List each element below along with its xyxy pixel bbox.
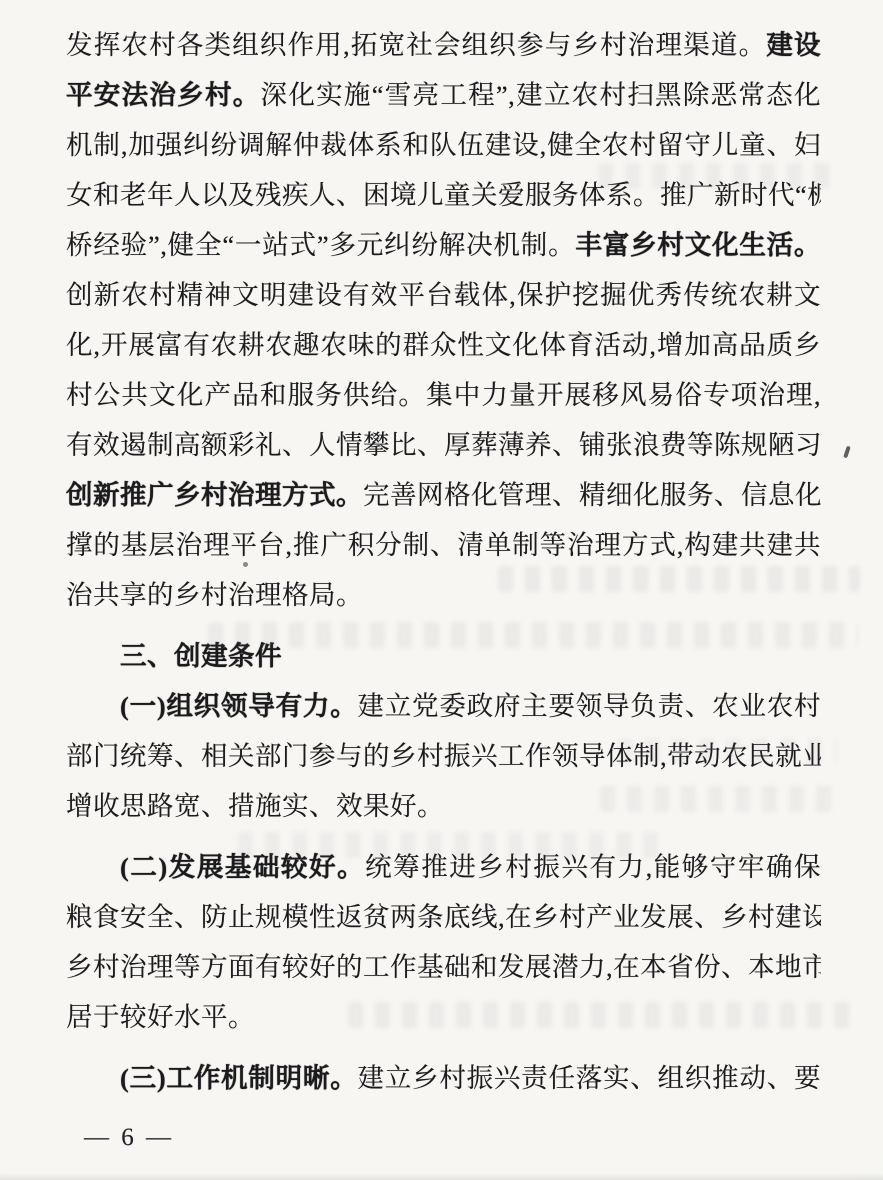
text-line: 发挥农村各类组织作用,拓宽社会组织参与乡村治理渠道。建设 [66, 20, 821, 70]
text-line: 村公共文化产品和服务供给。集中力量开展移风易俗专项治理, [66, 370, 821, 420]
body-text: 女和老年人以及残疾人、困境儿童关爱服务体系。推广新时代“枫 [66, 180, 821, 210]
document-body: 发挥农村各类组织作用,拓宽社会组织参与乡村治理渠道。建设平安法治乡村。深化实施“… [66, 20, 821, 1103]
emphasis-text: 创新推广乡村治理方式。 [66, 480, 363, 510]
body-text: 创新农村精神文明建设有效平台载体,保护挖掘优秀传统农耕文 [66, 280, 821, 310]
text-line: 粮食安全、防止规模性返贫两条底线,在乡村产业发展、乡村建设、 [66, 892, 821, 942]
text-line: 平安法治乡村。深化实施“雪亮工程”,建立农村扫黑除恶常态化 [66, 70, 821, 120]
document-page: 发挥农村各类组织作用,拓宽社会组织参与乡村治理渠道。建设平安法治乡村。深化实施“… [0, 0, 883, 1180]
body-text: 有效遏制高额彩礼、人情攀比、厚葬薄养、铺张浪费等陈规陋习。 [66, 430, 821, 460]
body-text: 粮食安全、防止规模性返贫两条底线,在乡村产业发展、乡村建设、 [66, 902, 821, 932]
text-line: 创新农村精神文明建设有效平台载体,保护挖掘优秀传统农耕文 [66, 270, 821, 320]
emphasis-text: (三)工作机制明晰。 [120, 1063, 357, 1093]
ink-speck [843, 446, 851, 459]
text-line: 治共享的乡村治理格局。 [66, 570, 821, 620]
text-line: 女和老年人以及残疾人、困境儿童关爱服务体系。推广新时代“枫 [66, 170, 821, 220]
text-line: 机制,加强纠纷调解仲裁体系和队伍建设,健全农村留守儿童、妇 [66, 120, 821, 170]
emphasis-text: 三、创建条件 [120, 641, 282, 671]
emphasis-text: 丰富乡村文化生活。 [575, 230, 821, 260]
body-text: 村公共文化产品和服务供给。集中力量开展移风易俗专项治理, [66, 380, 821, 410]
body-text: 桥经验”,健全“一站式”多元纠纷解决机制。 [66, 230, 575, 260]
text-line: 三、创建条件 [66, 631, 821, 681]
body-text: 建立乡村振兴责任落实、组织推动、要 [357, 1063, 821, 1093]
text-line: 居于较好水平。 [66, 992, 821, 1042]
emphasis-text: (一)组织领导有力。 [120, 691, 357, 721]
text-line: (三)工作机制明晰。建立乡村振兴责任落实、组织推动、要 [66, 1053, 821, 1103]
page-number-text: — 6 — [84, 1124, 174, 1151]
text-line: 有效遏制高额彩礼、人情攀比、厚葬薄养、铺张浪费等陈规陋习。 [66, 420, 821, 470]
body-text: 治共享的乡村治理格局。 [66, 580, 363, 610]
text-line: 部门统筹、相关部门参与的乡村振兴工作领导体制,带动农民就业 [66, 731, 821, 781]
text-line: 桥经验”,健全“一站式”多元纠纷解决机制。丰富乡村文化生活。 [66, 220, 821, 270]
page-number: — 6 — [84, 1118, 174, 1158]
body-text: 统筹推进乡村振兴有力,能够守牢确保 [365, 852, 821, 882]
text-line: 化,开展富有农耕农趣农味的群众性文化体育活动,增加高品质乡 [66, 320, 821, 370]
body-text: 发挥农村各类组织作用,拓宽社会组织参与乡村治理渠道。 [66, 30, 766, 60]
body-text: 乡村治理等方面有较好的工作基础和发展潜力,在本省份、本地市 [66, 952, 821, 982]
body-text: 部门统筹、相关部门参与的乡村振兴工作领导体制,带动农民就业 [66, 741, 821, 771]
body-text: 机制,加强纠纷调解仲裁体系和队伍建设,健全农村留守儿童、妇 [66, 130, 821, 160]
emphasis-text: 平安法治乡村。 [66, 80, 261, 110]
body-text: 化,开展富有农耕农趣农味的群众性文化体育活动,增加高品质乡 [66, 330, 821, 360]
text-line: 创新推广乡村治理方式。完善网格化管理、精细化服务、信息化支 [66, 470, 821, 520]
body-text: 完善网格化管理、精细化服务、信息化支 [363, 480, 821, 510]
body-text: 撑的基层治理平台,推广积分制、清单制等治理方式,构建共建共 [66, 530, 821, 560]
emphasis-text: 建设 [766, 30, 821, 60]
text-line: 撑的基层治理平台,推广积分制、清单制等治理方式,构建共建共 [66, 520, 821, 570]
text-line: 增收思路宽、措施实、效果好。 [66, 781, 821, 831]
body-text: 建立党委政府主要领导负责、农业农村 [357, 691, 821, 721]
text-line: (一)组织领导有力。建立党委政府主要领导负责、农业农村 [66, 681, 821, 731]
text-line: 乡村治理等方面有较好的工作基础和发展潜力,在本省份、本地市 [66, 942, 821, 992]
text-line: (二)发展基础较好。统筹推进乡村振兴有力,能够守牢确保 [66, 842, 821, 892]
body-text: 深化实施“雪亮工程”,建立农村扫黑除恶常态化 [261, 80, 821, 110]
body-text: 居于较好水平。 [66, 1002, 255, 1032]
body-text: 增收思路宽、措施实、效果好。 [66, 791, 444, 821]
emphasis-text: (二)发展基础较好。 [120, 852, 365, 882]
